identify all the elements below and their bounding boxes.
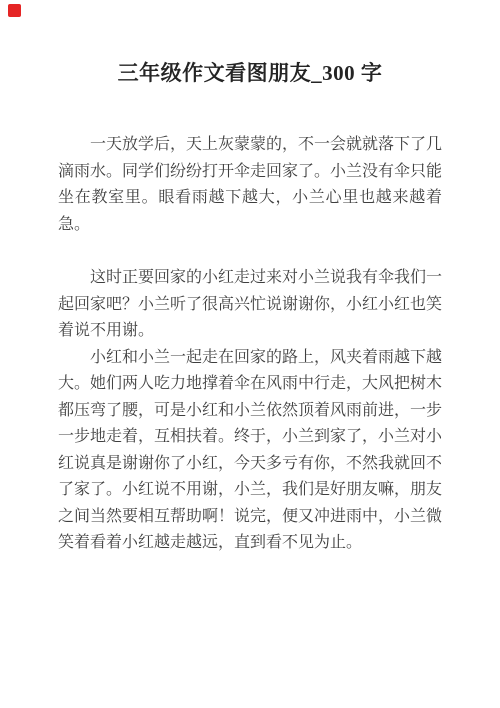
essay-paragraph-2: 这时正要回家的小红走过来对小兰说我有伞我们一起回家吧？小兰听了很高兴忙说谢谢你，… (58, 265, 442, 345)
essay-paragraph-1: 一天放学后，天上灰蒙蒙的，不一会就就落下了几滴雨水。同学们纷纷打开伞走回家了。小… (58, 132, 442, 238)
essay-title: 三年级作文看图朋友_300 字 (30, 58, 470, 88)
red-corner-badge-icon (8, 4, 21, 17)
essay-page: 三年级作文看图朋友_300 字 一天放学后，天上灰蒙蒙的，不一会就就落下了几滴雨… (0, 0, 500, 708)
essay-body: 一天放学后，天上灰蒙蒙的，不一会就就落下了几滴雨水。同学们纷纷打开伞走回家了。小… (58, 132, 442, 557)
essay-paragraph-3: 小红和小兰一起走在回家的路上，风夹着雨越下越大。她们两人吃力地撑着伞在风雨中行走… (58, 345, 442, 557)
